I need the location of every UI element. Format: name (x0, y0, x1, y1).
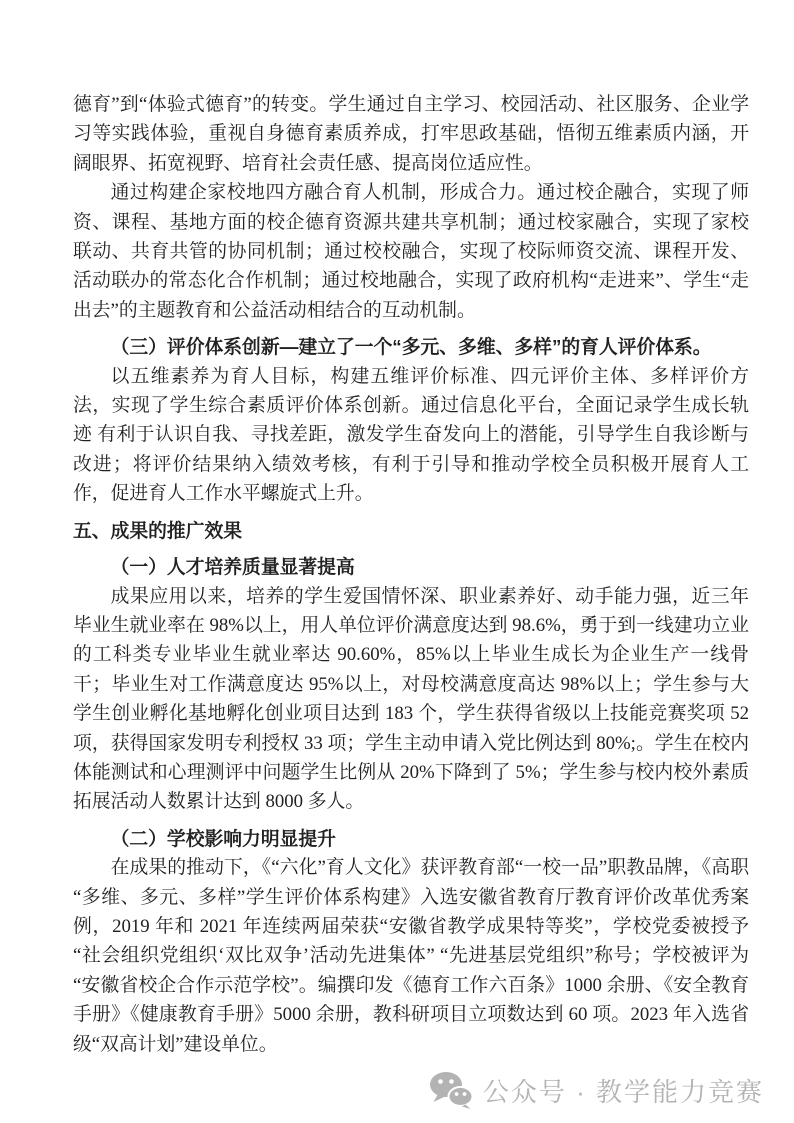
wechat-icon (429, 1071, 473, 1109)
paragraph: 通过构建企家校地四方融合育人机制，形成合力。通过校企融合，实现了师资、课程、基地… (73, 178, 749, 325)
watermark-text: 公众号 · 教学能力竞赛 (483, 1072, 764, 1109)
paragraph: 德育”到“体验式德育”的转变。学生通过自主学习、校园活动、社区服务、企业学习等实… (73, 90, 749, 178)
document-body: 德育”到“体验式德育”的转变。学生通过自主学习、校园活动、社区服务、企业学习等实… (73, 90, 749, 1059)
heading-2: （二）学校影响力明显提升 (73, 824, 749, 853)
heading-2: （三）评价体系创新—建立了一个“多元、多维、多样”的育人评价体系。 (73, 332, 749, 361)
paragraph: 成果应用以来，培养的学生爱国情怀深、职业素养好、动手能力强，近三年毕业生就业率在… (73, 582, 749, 817)
heading-1: 五、成果的推广效果 (73, 516, 749, 545)
paragraph: 以五维素养为育人目标，构建五维评价标准、四元评价主体、多样评价方法，实现了学生综… (73, 362, 749, 509)
heading-2: （一）人才培养质量显著提高 (73, 552, 749, 581)
footer-watermark: 公众号 · 教学能力竞赛 (0, 1068, 764, 1112)
paragraph: 在成果的推动下，《“六化”育人文化》获评教育部“一校一品”职教品牌，《高职“多维… (73, 853, 749, 1059)
document-page: 德育”到“体验式德育”的转变。学生通过自主学习、校园活动、社区服务、企业学习等实… (0, 0, 794, 1123)
